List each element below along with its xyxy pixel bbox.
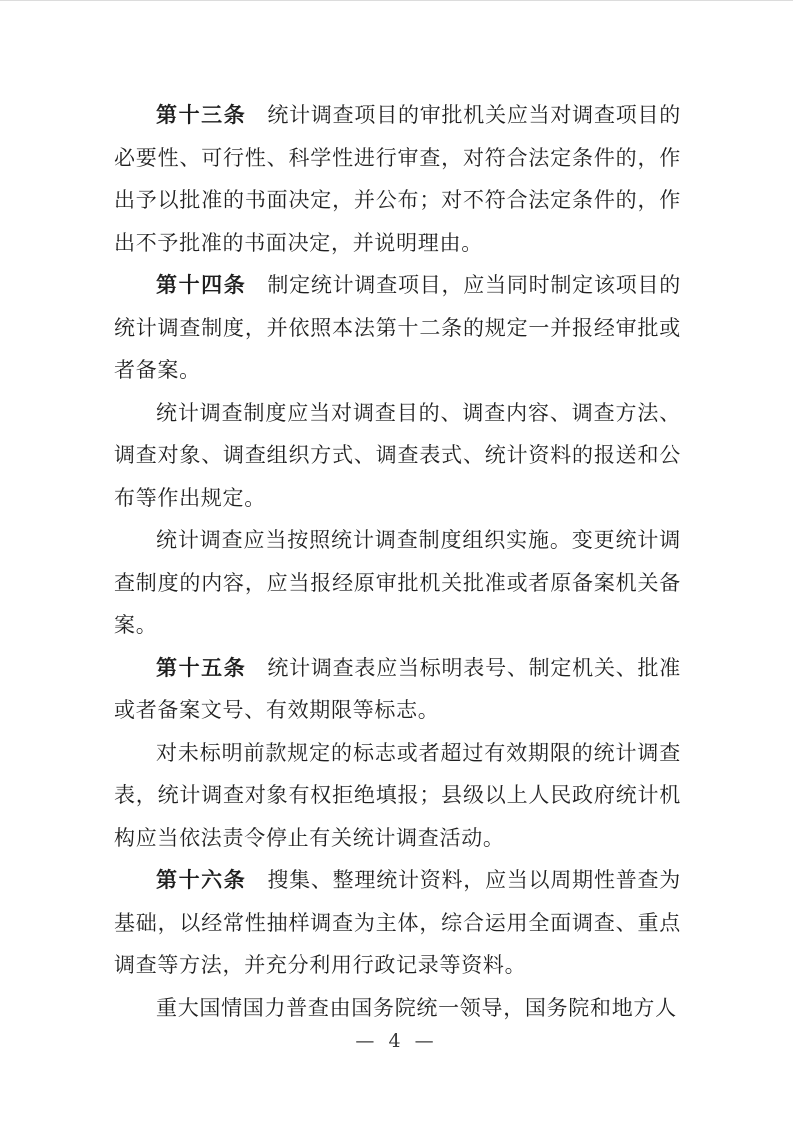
paragraph-text: 重大国情国力普查由国务院统一领导，国务院和地方人 [156,996,677,1020]
paragraph: 第十四条制定统计调查项目，应当同时制定该项目的统计调查制度，并依照本法第十二条的… [114,264,681,392]
paragraph: 第十六条搜集、整理统计资料，应当以周期性普查为基础，以经常性抽样调查为主体，综合… [114,859,681,987]
paragraph: 第十五条统计调查表应当标明表号、制定机关、批准或者备案文号、有效期限等标志。 [114,647,681,732]
paragraph: 统计调查应当按照统计调查制度组织实施。变更统计调查制度的内容，应当报经原审批机关… [114,519,681,647]
paragraph: 对未标明前款规定的标志或者超过有效期限的统计调查表，统计调查对象有权拒绝填报；县… [114,732,681,860]
document-page: 第十三条统计调查项目的审批机关应当对调查项目的必要性、可行性、科学性进行审查，对… [0,0,793,1122]
paragraph-text: 对未标明前款规定的标志或者超过有效期限的统计调查表，统计调查对象有权拒绝填报；县… [114,741,681,850]
paragraph-text: 统计调查制度应当对调查目的、调查内容、调查方法、调查对象、调查组织方式、调查表式… [114,401,681,510]
article-lead: 第十三条 [156,103,246,127]
article-lead: 第十六条 [156,868,246,892]
article-lead: 第十四条 [156,273,246,297]
article-lead: 第十五条 [156,656,246,680]
page-number: — 4 — [0,1028,793,1054]
paragraph: 重大国情国力普查由国务院统一领导，国务院和地方人 [114,987,681,1030]
paragraph: 第十三条统计调查项目的审批机关应当对调查项目的必要性、可行性、科学性进行审查，对… [114,94,681,264]
paragraph: 统计调查制度应当对调查目的、调查内容、调查方法、调查对象、调查组织方式、调查表式… [114,392,681,520]
text-block: 第十三条统计调查项目的审批机关应当对调查项目的必要性、可行性、科学性进行审查，对… [114,94,681,1029]
paragraph-text: 统计调查应当按照统计调查制度组织实施。变更统计调查制度的内容，应当报经原审批机关… [114,528,681,637]
scan-edge-line [0,0,793,1]
